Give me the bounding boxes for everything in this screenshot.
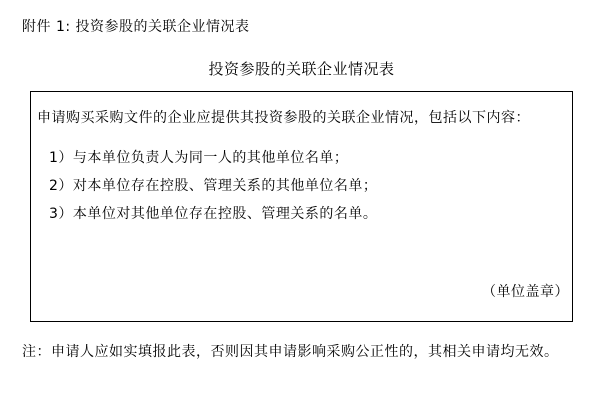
list-item-1: 1）与本单位负责人为同一人的其他单位名单； (49, 150, 568, 166)
note-text: 注：申请人应如实填报此表，否则因其申请影响采购公正性的，其相关申请均无效。 (22, 344, 593, 360)
form-box: 申请购买采购文件的企业应提供其投资参股的关联企业情况，包括以下内容： 1）与本单… (30, 91, 573, 322)
form-intro: 申请购买采购文件的企业应提供其投资参股的关联企业情况，包括以下内容： (37, 110, 568, 126)
attachment-label: 附件 1: 投资参股的关联企业情况表 (22, 19, 250, 35)
seal-label: （单位盖章） (482, 284, 569, 300)
page-title: 投资参股的关联企业情况表 (0, 61, 603, 77)
document-page: 附件 1: 投资参股的关联企业情况表 投资参股的关联企业情况表 申请购买采购文件… (0, 0, 603, 394)
list-item-2: 2）对本单位存在控股、管理关系的其他单位名单； (49, 178, 568, 194)
list-item-3: 3）本单位对其他单位存在控股、管理关系的名单。 (49, 206, 568, 222)
form-item-list: 1）与本单位负责人为同一人的其他单位名单； 2）对本单位存在控股、管理关系的其他… (49, 150, 568, 234)
